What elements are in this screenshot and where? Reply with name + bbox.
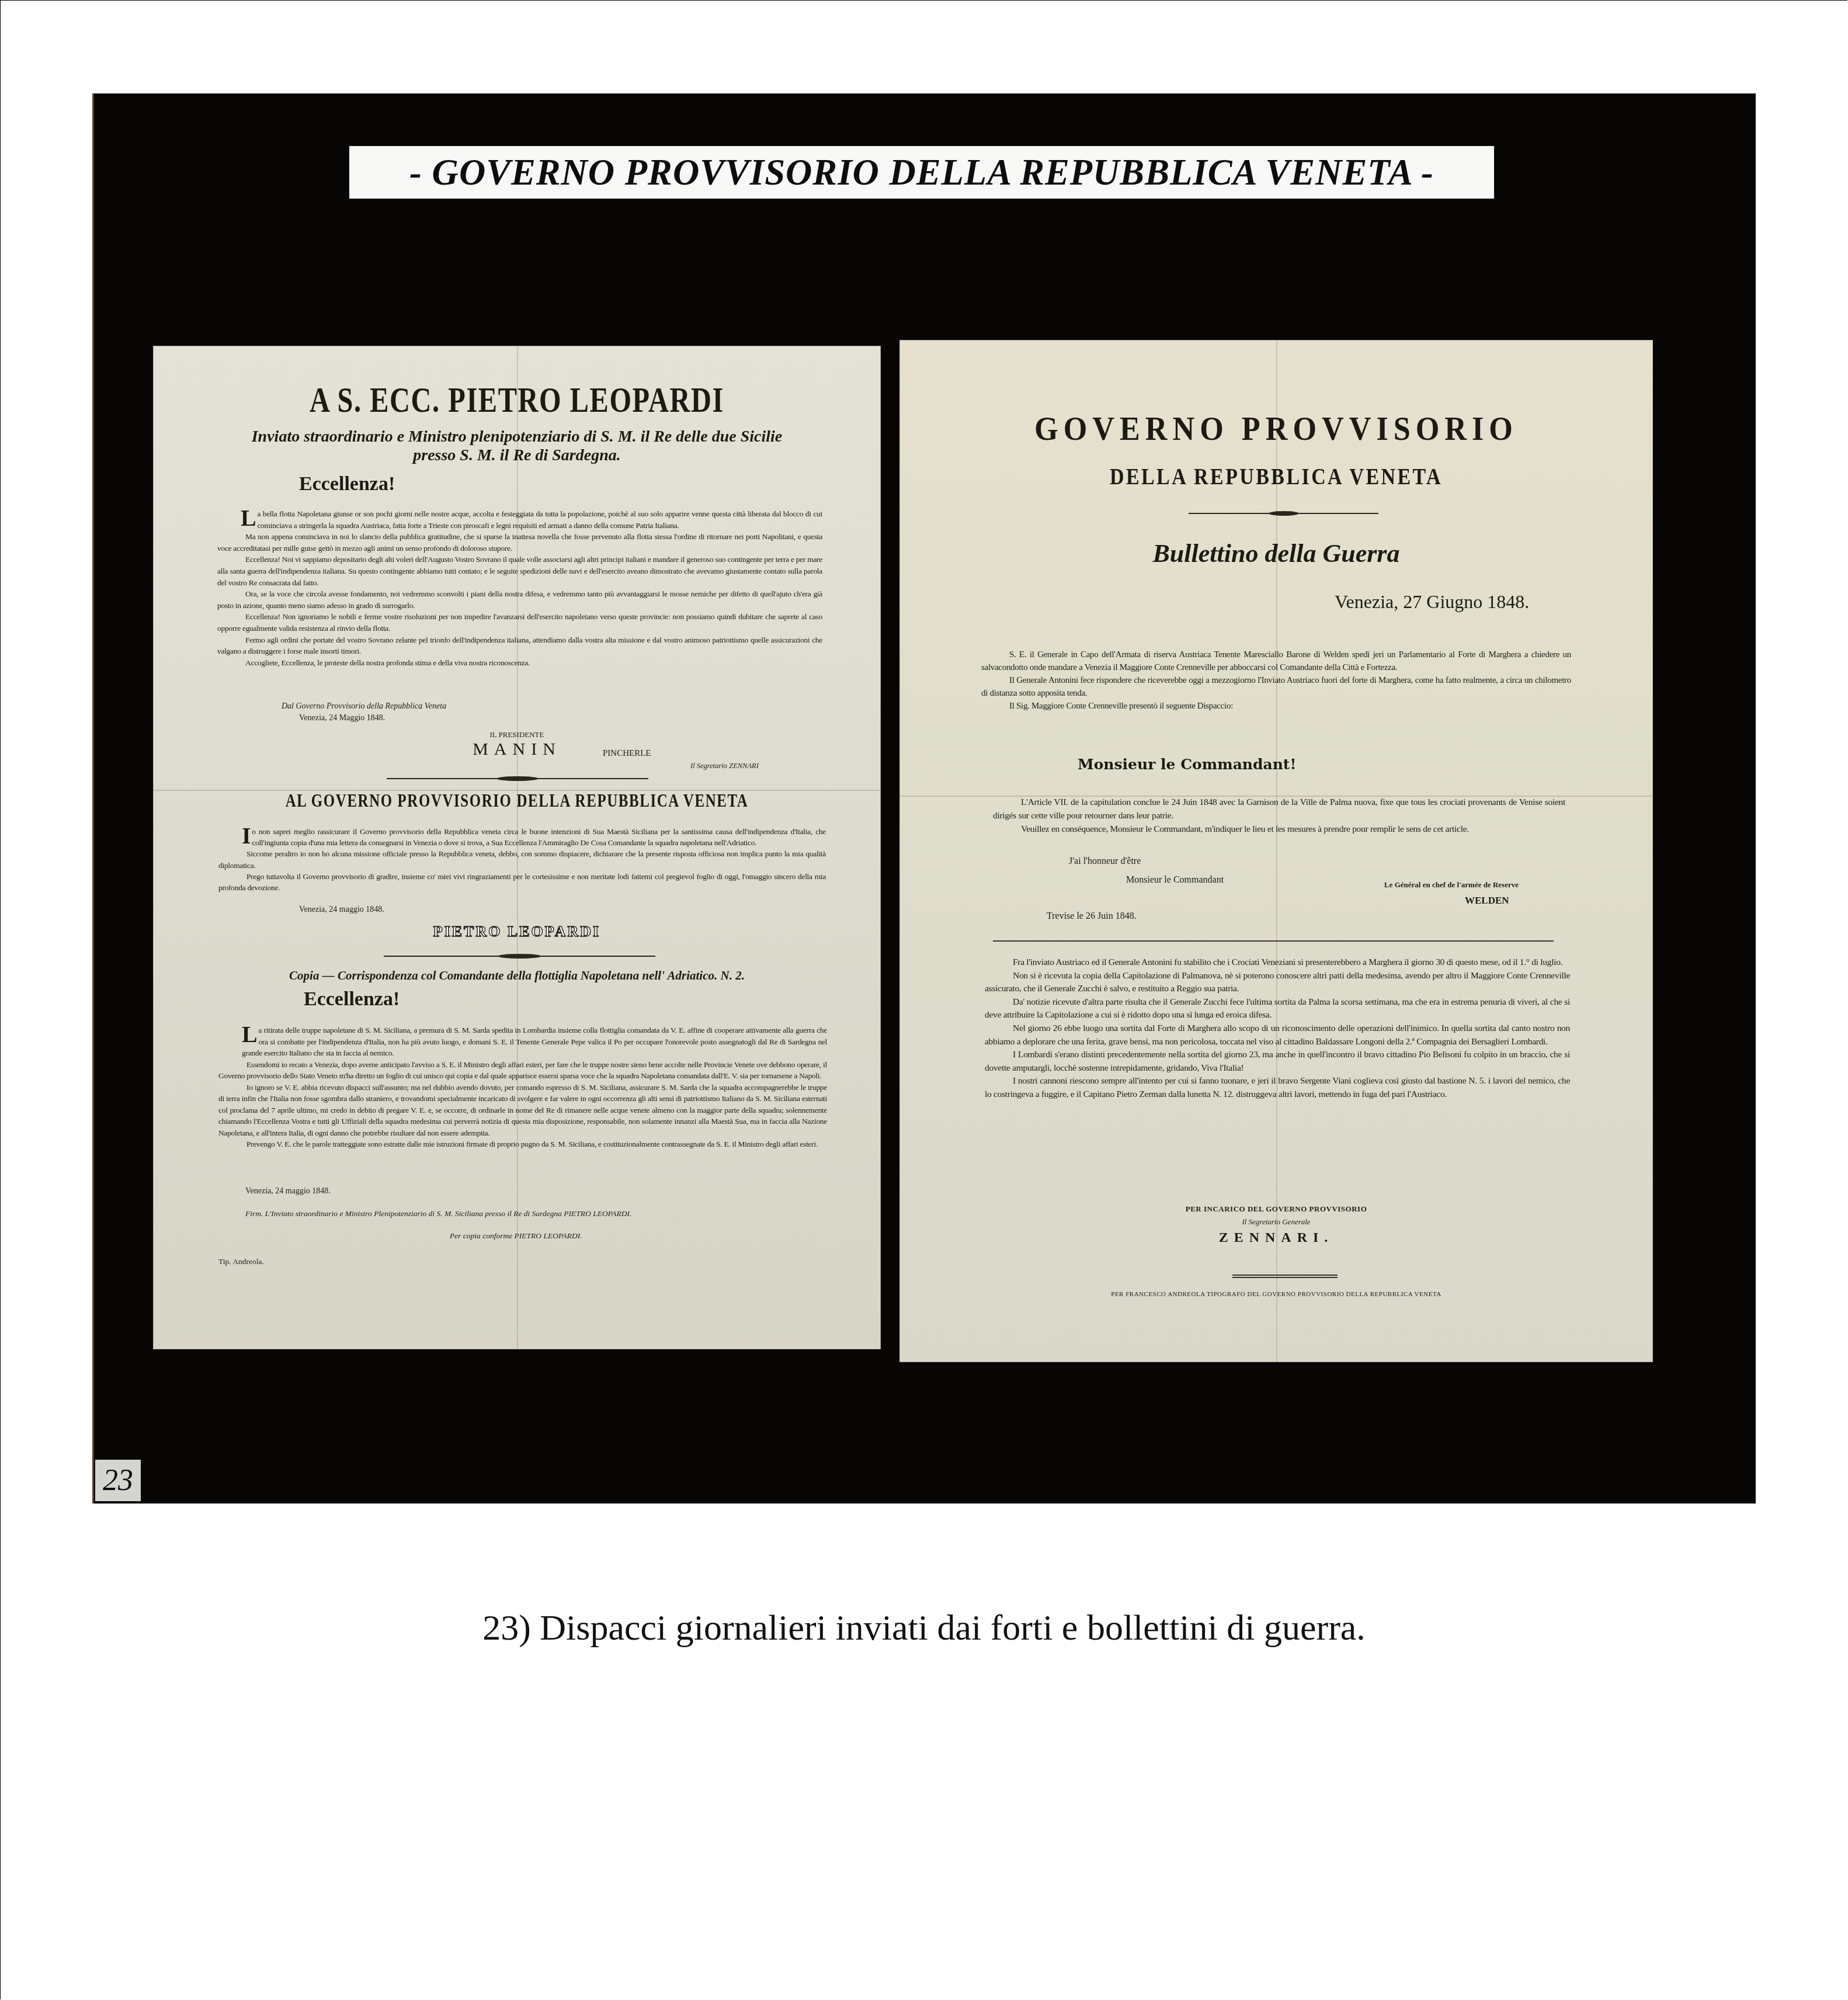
dispatch-closing-1: J'ai l'honneur d'être [1069,856,1141,867]
left-heading-wrap: A S. ECC. PIETRO LEOPARDI [153,380,881,421]
bulletin-title: Bullettino della Guerra [899,539,1653,568]
banner-text: - GOVERNO PROVVISORIO DELLA REPUBBLICA V… [409,151,1434,194]
secretary-title: Il Segretario Generale [899,1217,1653,1227]
letter2-heading: AL GOVERNO PROVVISORIO DELLA REPUBBLICA … [233,790,801,811]
left-heading: A S. ECC. PIETRO LEOPARDI [233,380,801,421]
secretary-name: ZENNARI. [899,1230,1653,1246]
report-body: Fra l'inviato Austriaco ed il Generale A… [985,956,1570,1102]
subheading-line-1: Inviato straordinario e Ministro plenipo… [188,428,846,446]
right-printer: PER FRANCESCO ANDREOLA TIPOGRAFO DEL GOV… [899,1291,1653,1298]
figure-caption: 23) Dispacci giornalieri inviati dai for… [0,1607,1848,1649]
right-heading-line-2: DELLA REPUBBLICA VENETA [956,463,1597,490]
subheading-line-2: presso S. M. il Re di Sardegna. [188,446,846,465]
divider-line [993,940,1554,942]
paragraph: S. E. il Generale in Capo dell'Armata di… [981,648,1571,674]
left-subheading: Inviato straordinario e Ministro plenipo… [188,428,846,465]
letter2-body: Io non saprei meglio rassicurare il Gove… [218,826,826,893]
secretary-name: Il Segretario ZENNARI [690,762,759,770]
letter2-heading-wrap: AL GOVERNO PROVVISORIO DELLA REPUBBLICA … [153,790,881,811]
letter3-signed: Firm. L'Inviato straordinario e Ministro… [245,1209,631,1218]
left-salutation: Eccellenza! [299,473,395,495]
paragraph: L'Article VII. de la capitulation conclu… [993,796,1565,822]
dispatch-signer-name: WELDEN [1465,895,1509,907]
letter1-date: Venezia, 24 Maggio 1848. [299,714,385,723]
dispatch-body: L'Article VII. de la capitulation conclu… [993,796,1565,836]
paragraph: Accogliete, Eccellenza, le proteste dell… [217,657,822,669]
paragraph: Fermo agli ordini che portate del vostro… [217,634,822,657]
letter3-date: Venezia, 24 maggio 1848. [245,1187,331,1196]
left-printer: Tip. Andreola. [218,1257,264,1266]
dropcap: I [242,826,251,846]
right-heading-line-1: GOVERNO PROVVISORIO [937,409,1616,448]
right-heading-1-wrap: GOVERNO PROVVISORIO [899,409,1653,448]
dispatch-signer-title: Le Général en chef de l'armée de Reserve [1384,880,1519,890]
paragraph: Ora, se la voce che circola avesse fonda… [217,588,822,611]
authority-line: PER INCARICO DEL GOVERNO PROVVISORIO [899,1204,1653,1214]
paragraph: Io ignoro se V. E. abbia ricevuto dispac… [218,1082,827,1139]
cosigner-name: PINCHERLE [603,749,651,759]
letter3-body: La ritirata delle truppe napoletane di S… [218,1025,827,1150]
letter3-copy-conform: Per copia conforme PIETRO LEOPARDI. [450,1231,582,1241]
paragraph: a ritirata delle truppe napoletane di S.… [242,1026,827,1057]
letter1-body: La bella flotta Napoletana giunse or son… [217,508,822,668]
paragraph: I nostri cannoni riescono sempre all'int… [985,1075,1570,1101]
page-number-badge: 23 [95,1460,141,1501]
paragraph: Prego tuttavolta il Governo provvisorio … [218,871,826,893]
paragraph: Eccellenza! Noi vi sappiamo depositario … [217,554,822,588]
paragraph: Ma non appena cominciava in noi lo slanc… [217,531,822,554]
page-number: 23 [103,1463,133,1498]
bulletin-dateline: Venezia, 27 Giugno 1848. [1335,591,1529,613]
paragraph: Essendomi io recato a Venezia, dopo aver… [218,1059,827,1082]
intro-body: S. E. il Generale in Capo dell'Armata di… [981,648,1571,713]
letter3-salutation: Eccellenza! [304,988,400,1011]
paragraph: Il Generale Antonini fece rispondere che… [981,674,1571,700]
ornament-divider [1189,511,1378,516]
ornament-divider [384,953,655,959]
paragraph: Non si è ricevuta la copia della Capitol… [985,970,1570,996]
ornament-divider [387,776,648,782]
paragraph: I Lombardi s'erano distinti precedenteme… [985,1048,1570,1075]
paragraph: Veuillez en conséquence, Monsieur le Com… [993,822,1565,836]
president-label: IL PRESIDENTE [153,730,881,739]
right-heading-2-wrap: DELLA REPUBBLICA VENETA [899,463,1653,490]
dispatch-closing-2: Monsieur le Commandant [1126,875,1224,886]
paragraph: Da' notizie ricevute d'altra parte risul… [985,996,1570,1022]
paragraph: Il Sig. Maggiore Conte Crenneville prese… [981,700,1571,713]
letter2-signature: PIETRO LEOPARDI [153,923,881,940]
paragraph: o non saprei meglio rassicurare il Gover… [252,827,826,847]
banner-title: - GOVERNO PROVVISORIO DELLA REPUBBLICA V… [349,146,1494,199]
paragraph: Siccome peraltro io non ho alcuna missio… [218,848,826,870]
left-document: A S. ECC. PIETRO LEOPARDI Inviato straor… [153,346,881,1349]
president-name: MANIN [153,739,881,759]
paragraph: Eccellenza! Non ignoriamo le nobili e fe… [217,611,822,634]
right-document: GOVERNO PROVVISORIO DELLA REPUBBLICA VEN… [899,340,1653,1362]
dropcap: L [241,508,256,528]
dispatch-salutation: Monsieur le Commandant! [1078,756,1296,773]
divider-line [1232,1275,1338,1276]
letter3-heading: Copia — Corrispondenza col Comandante de… [153,968,881,983]
paragraph: Fra l'inviato Austriaco ed il Generale A… [985,956,1570,970]
dropcap: L [242,1025,257,1044]
paragraph: a bella flotta Napoletana giunse or son … [257,509,822,530]
letter1-from: Dal Governo Provvisorio della Repubblica… [282,702,446,711]
letter2-date: Venezia, 24 maggio 1848. [299,905,384,915]
paragraph: Prevengo V. E. che le parole tratteggiat… [218,1138,827,1150]
dispatch-place-date: Trevise le 26 Juin 1848. [1047,911,1137,922]
paragraph: Nel giorno 26 ebbe luogo una sortita dal… [985,1022,1570,1048]
